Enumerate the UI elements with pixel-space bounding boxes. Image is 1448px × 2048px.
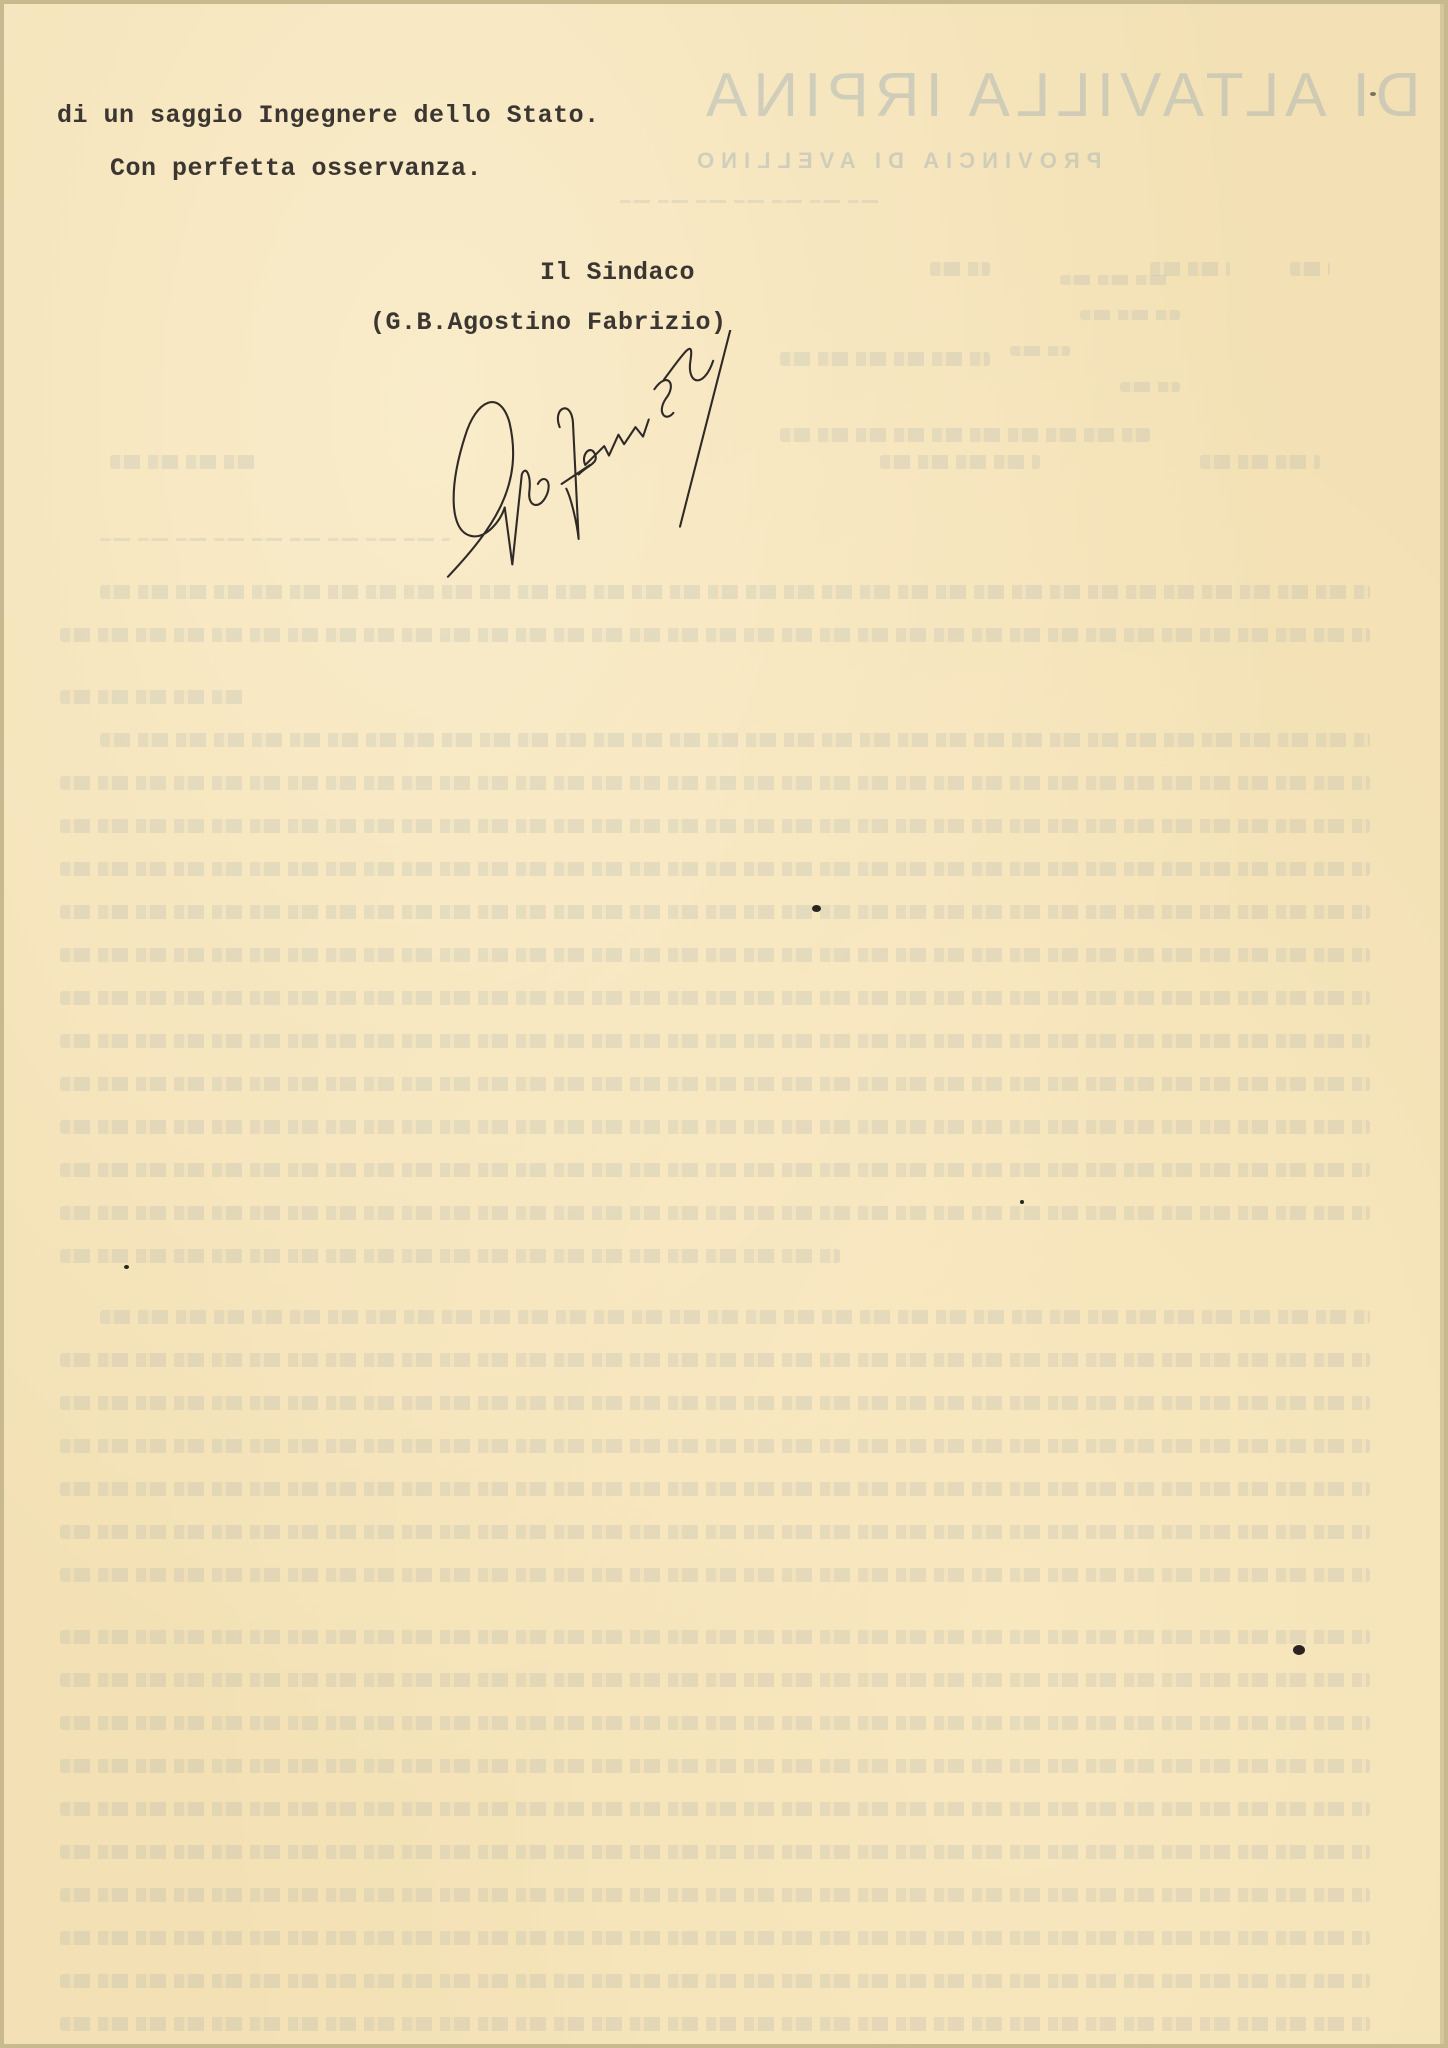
bleedthrough-body-line (60, 819, 1370, 833)
bleedthrough-body-line (60, 862, 1370, 876)
paper-speck (124, 1265, 129, 1269)
bleedthrough-body-line (60, 1163, 1370, 1177)
bleedthrough-body-line (60, 1888, 1370, 1902)
bleedthrough-body-line (60, 948, 1370, 962)
bleedthrough-body-line (60, 1439, 1370, 1453)
bleedthrough-body-line (60, 776, 1370, 790)
bleedthrough-letterhead-subtitle: PROVINCIA DI AVELLINO (690, 148, 1101, 174)
bleedthrough-block (1290, 262, 1330, 276)
bleedthrough-block (1150, 262, 1230, 276)
bleedthrough-body-line (60, 1716, 1370, 1730)
bleedthrough-body-line (60, 1482, 1370, 1496)
bleedthrough-body-line (60, 1525, 1370, 1539)
bleedthrough-body-line (60, 1845, 1370, 1859)
bleedthrough-body-line (60, 1802, 1370, 1816)
bleedthrough-letterhead-title: COMUNE DI ALTAVILLA IRPINA (700, 60, 1448, 131)
bleedthrough-body-line (60, 1206, 1370, 1220)
bleedthrough-block (1010, 346, 1070, 356)
bleedthrough-block (1060, 275, 1170, 285)
bleedthrough-body-line (60, 2017, 1370, 2031)
bleedthrough-body-line (60, 1759, 1370, 1773)
signature-icon (410, 330, 770, 600)
bleedthrough-block (780, 352, 990, 366)
bleedthrough-body-line (60, 1630, 1370, 1644)
bleedthrough-body-line (60, 1931, 1370, 1945)
bleedthrough-body-line (100, 733, 1370, 747)
body-line-1: di un saggio Ingegnere dello Stato. (57, 101, 600, 130)
bleedthrough-body-line (60, 628, 1370, 642)
bleedthrough-block (110, 455, 260, 469)
body-line-2: Con perfetta osservanza. (110, 154, 482, 183)
document-page: COMUNE DI ALTAVILLA IRPINA PROVINCIA DI … (0, 0, 1448, 2048)
bleedthrough-body-line (60, 1120, 1370, 1134)
bleedthrough-body-line (60, 1034, 1370, 1048)
bleedthrough-body-line (60, 1077, 1370, 1091)
signatory-title: Il Sindaco (540, 258, 695, 287)
bleedthrough-block (780, 428, 1150, 442)
bleedthrough-body-line (60, 991, 1370, 1005)
bleedthrough-block (930, 262, 990, 276)
bleedthrough-block (1120, 382, 1180, 392)
bleedthrough-rule (620, 200, 880, 203)
paper-speck (1370, 92, 1376, 96)
bleedthrough-body-line (60, 1568, 1370, 1582)
bleedthrough-body-line (100, 1310, 1370, 1324)
bleedthrough-body-line (60, 1353, 1370, 1367)
paper-speck (812, 905, 821, 912)
bleedthrough-body-line (60, 690, 250, 704)
bleedthrough-rule (100, 538, 450, 541)
bleedthrough-body-line (60, 1249, 840, 1263)
bleedthrough-block (880, 455, 1040, 469)
bleedthrough-block (1200, 455, 1320, 469)
bleedthrough-body-line (60, 1673, 1370, 1687)
bleedthrough-body-line (60, 1396, 1370, 1410)
paper-speck (1293, 1645, 1305, 1655)
bleedthrough-body-line (60, 1974, 1370, 1988)
bleedthrough-body-line (60, 905, 1370, 919)
bleedthrough-block (1080, 310, 1180, 320)
paper-speck (1020, 1200, 1024, 1204)
